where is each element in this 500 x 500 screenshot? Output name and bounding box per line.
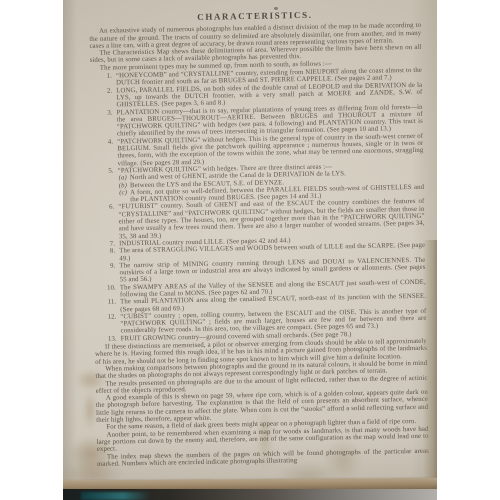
list-item-6: 6.“FUTURIST” country. South of GHENT and… — [92, 198, 425, 241]
terrain-type-list: 1.“HONEYCOMB” and “CRYSTALLINE” country,… — [90, 67, 427, 343]
book-page-photo: CHARACTERISTICS. An exhaustive study of … — [63, 0, 437, 500]
page-content: CHARACTERISTICS. An exhaustive study of … — [63, 0, 437, 468]
page-title: CHARACTERISTICS. — [89, 10, 421, 23]
list-item-number: 8. — [98, 248, 115, 256]
list-item-number: 6. — [97, 204, 114, 212]
list-item-number: 3. — [96, 109, 113, 117]
list-item-number: 13. — [100, 335, 117, 343]
list-item-number: 10. — [99, 284, 116, 292]
list-item-number: 2. — [95, 87, 112, 95]
list-item-number: 1. — [95, 73, 112, 81]
list-item-number: 12. — [99, 313, 116, 321]
list-item-text: “FUTURIST” country. South of GHENT and e… — [118, 198, 424, 240]
teal-book-cover — [81, 492, 151, 500]
page-fore-edge — [423, 240, 437, 490]
list-item-number: 4. — [96, 138, 113, 146]
sub-item-letter: (c) — [112, 189, 127, 197]
screenshot-canvas: CHARACTERISTICS. An exhaustive study of … — [0, 0, 500, 500]
list-item-number: 9. — [98, 262, 115, 270]
list-item-number: 11. — [99, 299, 116, 307]
